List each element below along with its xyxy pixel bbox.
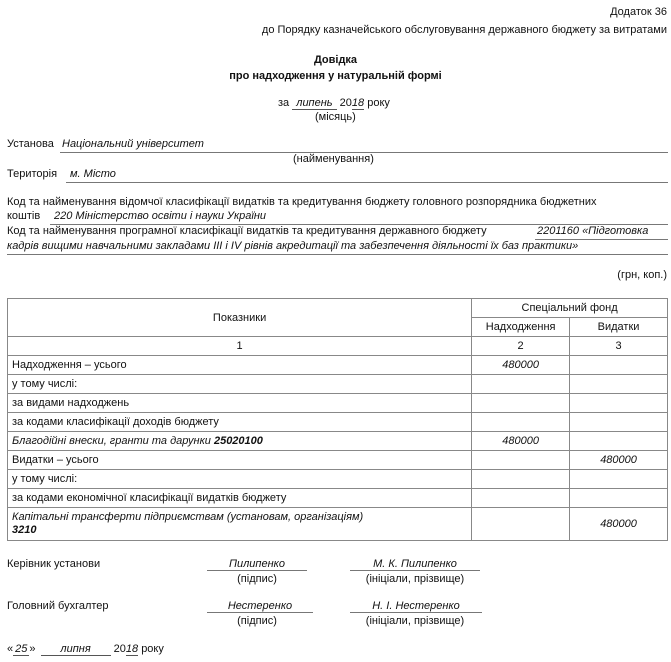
row-receipts — [472, 470, 570, 489]
accountant-signature-caption: (підпис) — [207, 615, 307, 627]
program-code-value-2: кадрів вищими навчальними закладами III … — [7, 240, 578, 252]
territory-label: Територія — [7, 168, 57, 180]
period-prefix: за — [278, 97, 289, 109]
row-receipts — [472, 489, 570, 508]
table-row: за кодами економічної класифікації видат… — [8, 489, 668, 508]
row-expenses — [570, 470, 668, 489]
table-row: у тому числі: — [8, 470, 668, 489]
accountant-name: Н. І. Нестеренко — [350, 600, 482, 613]
col-number-3: 3 — [570, 337, 668, 356]
departmental-code-label-2: коштів — [7, 210, 40, 222]
head-name: М. К. Пилипенко — [350, 558, 480, 571]
table-row: Благодійні внески, гранти та дарунки 250… — [8, 432, 668, 451]
table-row: у тому числі: — [8, 375, 668, 394]
accountant-signature: Нестеренко — [207, 600, 313, 613]
period-suffix: року — [367, 97, 390, 109]
document-date: «25» липня 2018 року — [7, 643, 164, 656]
head-name-caption: (ініціали, прізвище) — [350, 573, 480, 585]
head-signature-caption: (підпис) — [207, 573, 307, 585]
header-indicators: Показники — [8, 299, 472, 337]
period-caption: (місяць) — [315, 111, 356, 123]
period-year: 2018 — [340, 97, 365, 110]
row-indicator: у тому числі: — [8, 470, 472, 489]
row-expenses — [570, 375, 668, 394]
table-row: Видатки – усього480000 — [8, 451, 668, 470]
date-day: 25 — [13, 643, 29, 656]
program-code-value-1: 2201160 «Підготовка — [537, 225, 648, 237]
row-indicator: за кодами класифікації доходів бюджету — [8, 413, 472, 432]
territory-value: м. Місто — [70, 168, 116, 180]
row-expenses: 480000 — [570, 508, 668, 541]
institution-value: Національний університет — [62, 138, 204, 150]
col-number-1: 1 — [8, 337, 472, 356]
program-code-label: Код та найменування програмної класифіка… — [7, 225, 487, 237]
accountant-name-caption: (ініціали, прізвище) — [350, 615, 480, 627]
row-expenses — [570, 394, 668, 413]
document-subtitle: про надходження у натуральній формі — [0, 70, 671, 82]
institution-caption: (найменування) — [293, 153, 374, 165]
row-code: 3210 — [12, 524, 36, 536]
row-receipts — [472, 394, 570, 413]
head-signature: Пилипенко — [207, 558, 307, 571]
departmental-code-value: 220 Міністерство освіти і науки України — [54, 210, 266, 222]
appendix-reference: до Порядку казначейського обслуговування… — [262, 24, 667, 36]
territory-underline — [66, 182, 668, 183]
date-month: липня — [41, 643, 111, 656]
row-receipts — [472, 508, 570, 541]
col-number-2: 2 — [472, 337, 570, 356]
header-expenses: Видатки — [570, 318, 668, 337]
date-year: 2018 — [114, 643, 139, 656]
row-indicator: Надходження – усього — [8, 356, 472, 375]
table-row: за кодами класифікації доходів бюджету — [8, 413, 668, 432]
period-line: за липень 2018 року — [278, 97, 390, 110]
row-receipts: 480000 — [472, 356, 570, 375]
table-row: Надходження – усього480000 — [8, 356, 668, 375]
accountant-role: Головний бухгалтер — [7, 600, 109, 612]
row-indicator: Видатки – усього — [8, 451, 472, 470]
row-receipts — [472, 413, 570, 432]
row-expenses — [570, 356, 668, 375]
program-code-underline-2 — [7, 254, 668, 255]
header-receipts: Надходження — [472, 318, 570, 337]
units-label: (грн, коп.) — [617, 269, 667, 281]
table-row: за видами надходжень — [8, 394, 668, 413]
row-expenses — [570, 489, 668, 508]
appendix-number: Додаток 36 — [610, 6, 667, 18]
institution-label: Установа — [7, 138, 54, 150]
period-month: липень — [292, 97, 336, 110]
row-indicator: за видами надходжень — [8, 394, 472, 413]
row-indicator: за кодами економічної класифікації видат… — [8, 489, 472, 508]
row-indicator: Благодійні внески, гранти та дарунки 250… — [8, 432, 472, 451]
receipts-table: Показники Спеціальний фонд Надходження В… — [7, 298, 668, 541]
table-row: Капітальні трансферти підприємствам (уст… — [8, 508, 668, 541]
row-expenses — [570, 432, 668, 451]
row-expenses — [570, 413, 668, 432]
row-expenses: 480000 — [570, 451, 668, 470]
document-title: Довідка — [0, 54, 671, 66]
row-receipts — [472, 451, 570, 470]
row-receipts — [472, 375, 570, 394]
header-special-fund: Спеціальний фонд — [472, 299, 668, 318]
row-indicator: у тому числі: — [8, 375, 472, 394]
row-receipts: 480000 — [472, 432, 570, 451]
head-role: Керівник установи — [7, 558, 100, 570]
departmental-code-label: Код та найменування відомчої класифікаці… — [7, 196, 597, 208]
row-code: 25020100 — [214, 435, 263, 447]
row-indicator: Капітальні трансферти підприємствам (уст… — [8, 508, 472, 541]
